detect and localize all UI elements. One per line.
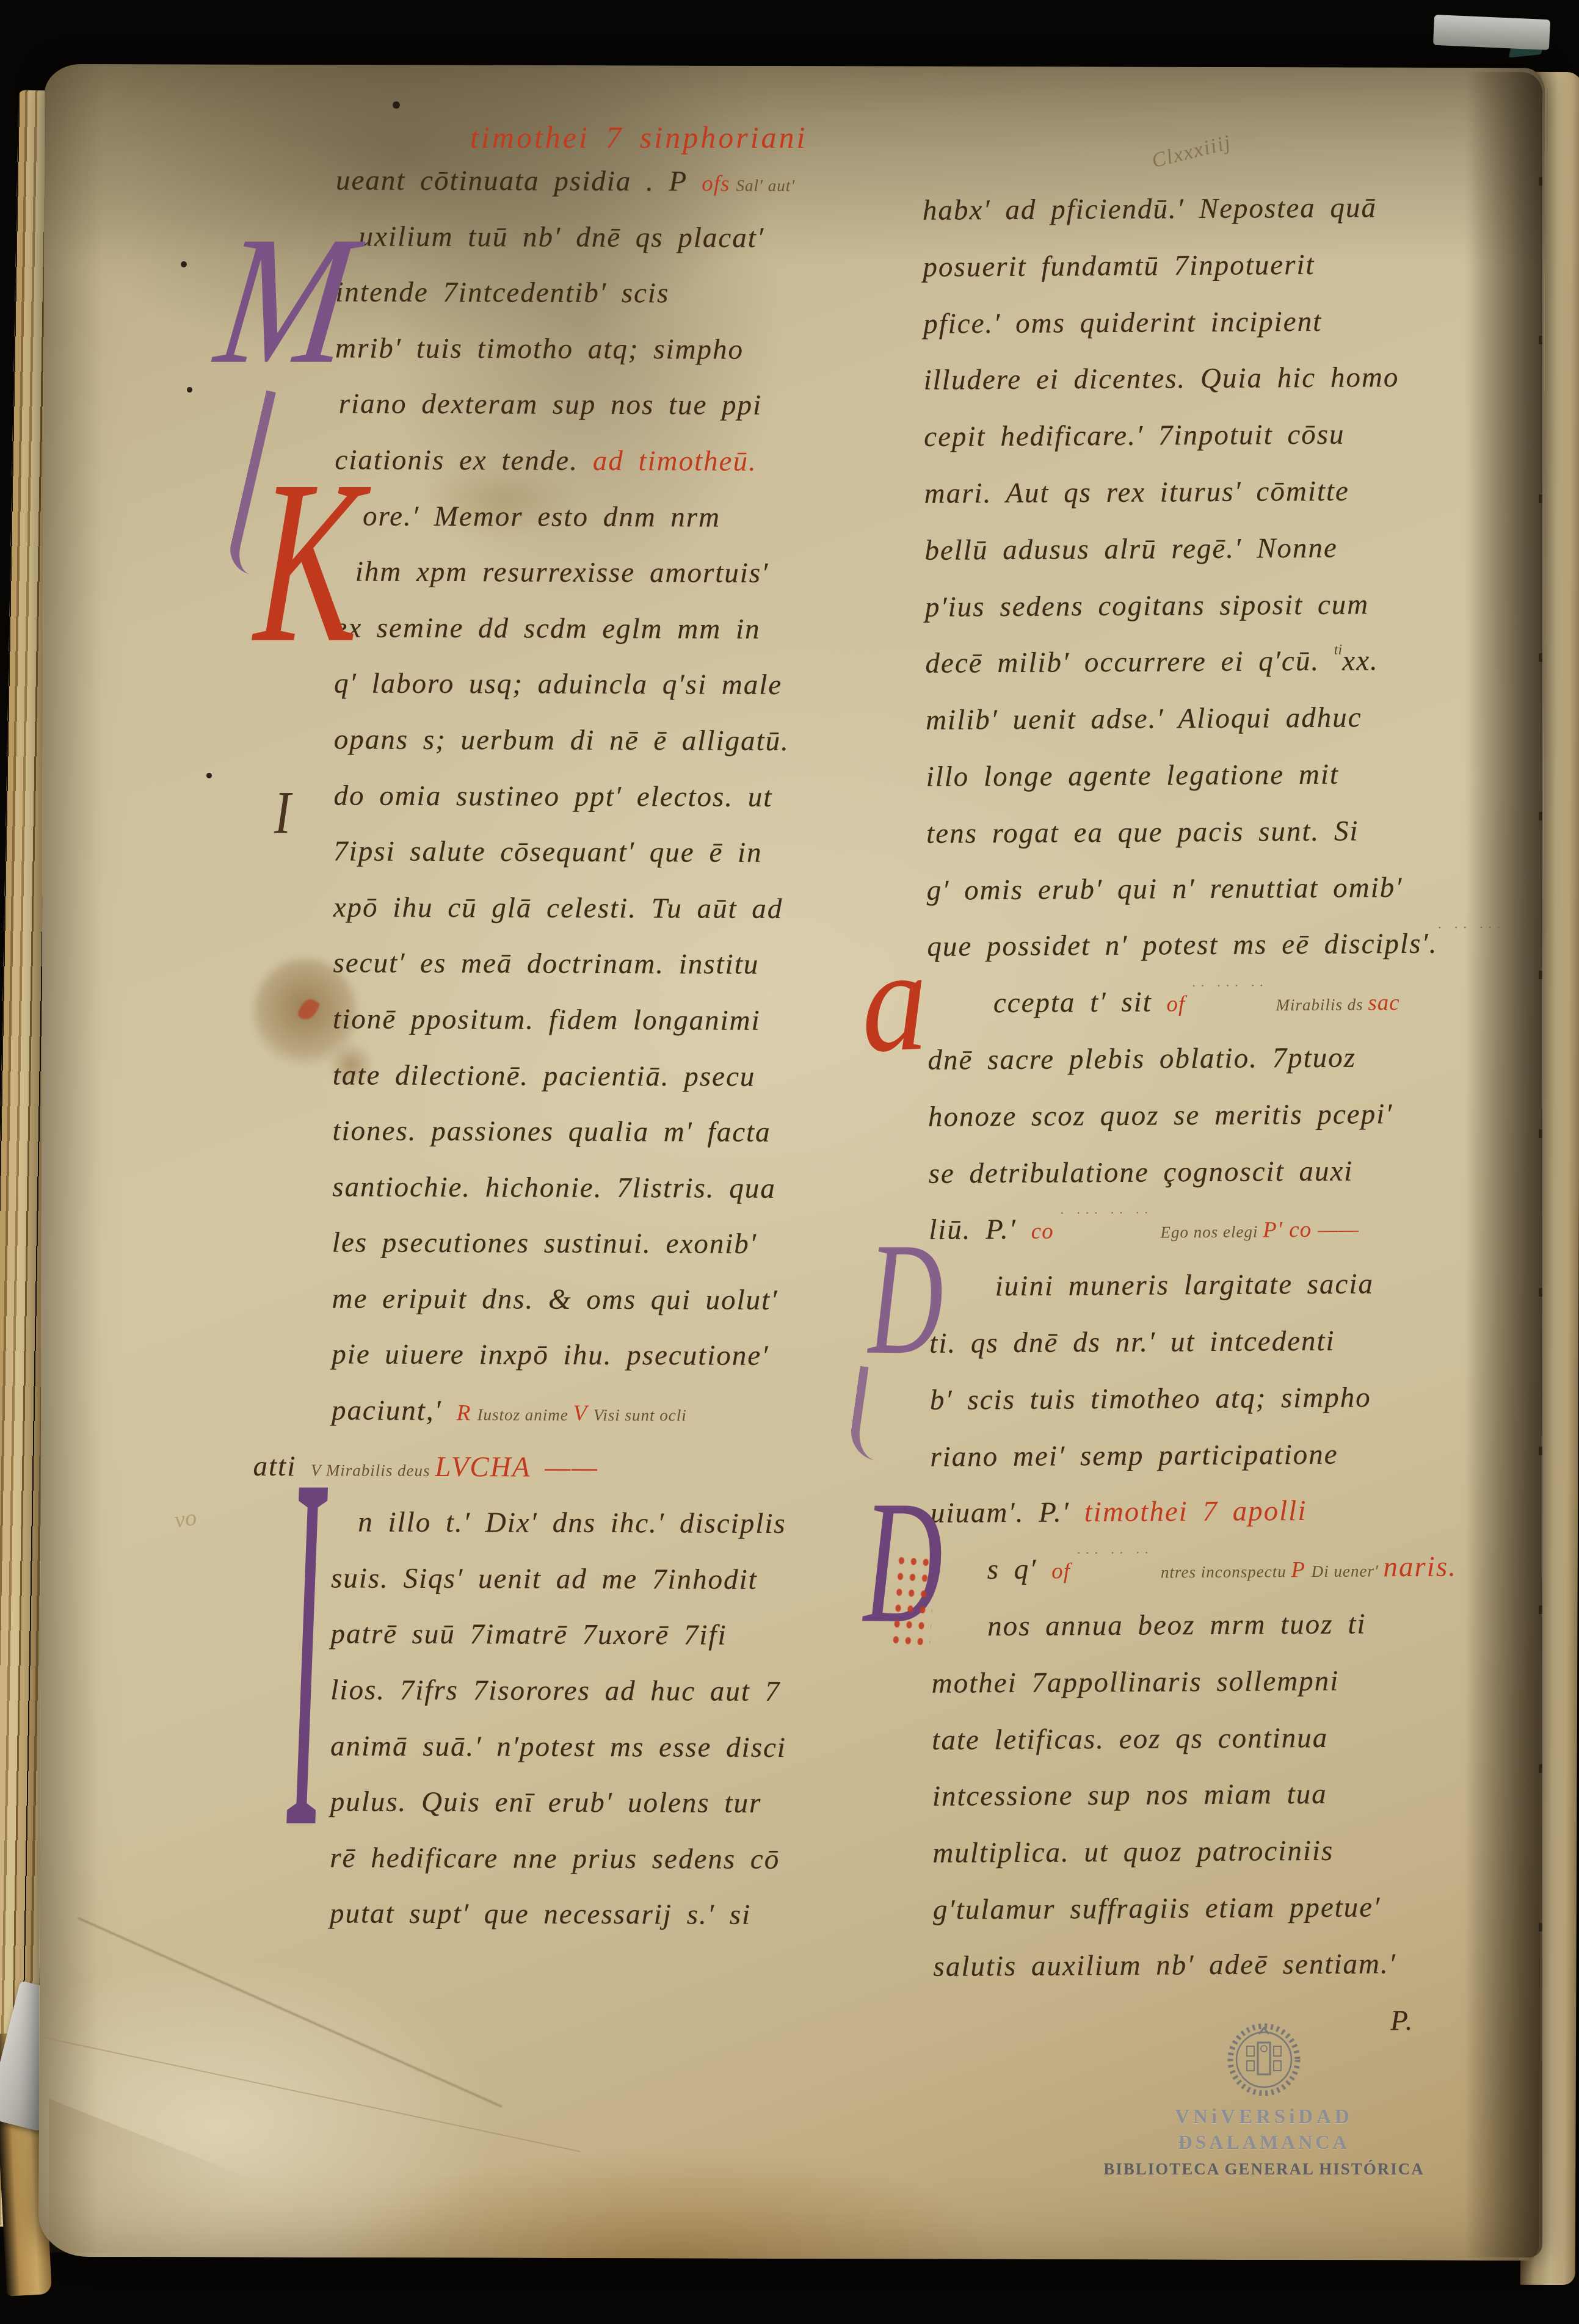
illuminated-initial-K: K (253, 469, 365, 656)
text-line: secut′ es meā doctrinam. institu (333, 936, 882, 994)
text-segment: mrib′ tuis timotho atq; simpho (335, 332, 744, 365)
text-segment: illo longe agente legatione mit (926, 759, 1339, 793)
text-line: pfice.′ oms quiderint incipient (923, 292, 1486, 352)
text-column-left: ueant cōtinuata psidia . P ofs Sal′ aut′… (330, 153, 885, 1944)
text-line: multiplica. ut quoz patrociniis (932, 1822, 1495, 1881)
text-segment: s q′ (987, 1554, 1051, 1586)
text-segment: liū. P.′ (929, 1214, 1031, 1246)
text-line: suis. Siqs′ uenit ad me 7inhodit (331, 1551, 880, 1609)
text-segment: multiplica. ut quoz patrociniis (932, 1835, 1334, 1869)
text-line: honoze scoz quoz se meritis pcepi′ (928, 1085, 1490, 1145)
text-line: uiuam′. P.′ timothei 7 apolli (931, 1482, 1493, 1542)
gloss-segment: V Mirabilis deus (311, 1461, 435, 1480)
watermark-library-name: BIBLIOTECA GENERAL HISTÓRICA (1069, 2160, 1459, 2179)
text-line: ex semine dd scdm eglm mm in (334, 600, 884, 658)
illuminated-initial-I: I (287, 1446, 324, 1856)
text-line: se detribulatione çognoscit auxi (928, 1142, 1490, 1202)
text-segment: ciationis ex tende. (335, 444, 593, 476)
text-segment: milib′ uenit adse.′ Alioqui adhuc (926, 702, 1362, 736)
text-segment: iuini muneris largitate sacia (995, 1268, 1374, 1302)
text-line: do omia sustineo ppt′ electos. ut (333, 768, 883, 826)
text-line: lios. 7ifrs 7isorores ad huc aut 7 (330, 1662, 880, 1720)
text-line: uxilium tuū nb′ dnē qs placat′ (358, 209, 885, 267)
neume-marks: · ·· ··· (1437, 919, 1505, 935)
rubric-segment: of (1051, 1558, 1076, 1584)
neume-marks: ·· ··· ·· (1191, 977, 1276, 993)
text-line: b′ scis tuis timotheo atq; simpho (930, 1369, 1492, 1428)
text-segment: opans s; uerbum di nē ē alligatū. (334, 723, 790, 757)
text-line: dnē sacre plebis oblatio. 7ptuoz (927, 1029, 1490, 1088)
text-line: ihm xpm resurrexisse amortuis′ (355, 545, 884, 603)
text-segment: habx′ ad pficiendū.′ Nepostea quā (923, 192, 1377, 226)
text-segment: salutis auxilium nb′ adeē sentiam.′ (933, 1948, 1396, 1983)
text-line: cepit hedificare.′ 7inpotuit cōsu (924, 405, 1486, 465)
university-seal-icon (1226, 2022, 1302, 2098)
text-line: q′ laboro usq; aduincla q′si male (334, 656, 884, 714)
text-line: intende 7intcedentib′ scis (335, 265, 885, 323)
text-segment: patrē suū 7imatrē 7uxorē 7ifi (331, 1618, 727, 1651)
text-line: 7ipsi salute cōsequant′ que ē in (333, 824, 883, 882)
text-segment: q′ laboro usq; aduincla q′si male (334, 668, 782, 701)
text-segment: animā suā.′ n′potest ms esse disci (330, 1730, 786, 1764)
text-line: g′ omis erub′ qui n′ renuttiat omib′ (926, 859, 1489, 919)
text-line: ueant cōtinuata psidia . P ofs Sal′ aut′ (336, 153, 885, 211)
text-segment: ihm xpm resurrexisse amortuis′ (355, 556, 769, 589)
text-segment: paciunt,′ (332, 1394, 457, 1427)
rubric-segment: ad timotheū. (593, 445, 757, 477)
text-segment: g′tulamur suffragiis etiam ppetue′ (933, 1891, 1381, 1925)
rubric-segment: timothei 7 apolli (1084, 1495, 1307, 1528)
rubric-segment: naris. (1383, 1551, 1457, 1584)
text-line: santiochie. hichonie. 7listris. qua (332, 1159, 882, 1217)
text-line: mrib′ tuis timotho atq; simpho (335, 320, 885, 378)
rubric-segment: LVCHA —— (435, 1451, 598, 1483)
watermark-university-name-2: ÐSALAMANCA (1069, 2131, 1459, 2154)
text-line: decē milib′ occurrere ei q′cū. tixx. (925, 632, 1487, 692)
illuminated-initial-D: D (868, 1234, 943, 1363)
gloss-segment: Mirabilis ds (1276, 996, 1368, 1015)
text-line: tate dilectionē. pacientiā. psecu (333, 1048, 882, 1106)
text-segment: putat supt′ que necessarij s.′ si (330, 1898, 751, 1931)
text-segment: g′ omis erub′ qui n′ renuttiat omib′ (927, 872, 1403, 907)
text-segment: posuerit fundamtū 7inpotuerit (923, 249, 1315, 283)
text-line: mothei 7appollinaris sollempni (931, 1652, 1494, 1712)
prick-mark (187, 387, 192, 393)
text-line: p′ius sedens cogitans siposit cum (925, 576, 1487, 635)
text-line: iuini muneris largitate sacia (995, 1255, 1491, 1315)
rubric-segment: P (1291, 1557, 1311, 1582)
rubric-segment: V (573, 1401, 593, 1426)
text-segment: intende 7intcedentib′ scis (335, 277, 669, 310)
photograph-backdrop: { "colors":{"parchment":"#cdbf9b","ink":… (0, 0, 1579, 2324)
text-line: salutis auxilium nb′ adeē sentiam.′ (933, 1935, 1495, 1995)
text-line: pie uiuere inxpō ihu. psecutione′ (332, 1327, 881, 1385)
rubric-segment: R (457, 1400, 477, 1425)
superscript-segment: ti (1334, 642, 1343, 658)
text-segment: tate dilectionē. pacientiā. psecu (333, 1059, 756, 1092)
text-segment: xx. (1342, 645, 1379, 677)
text-segment: tiones. passiones qualia m′ facta (332, 1115, 771, 1149)
neume-marks: ··· ·· ·· (1076, 1545, 1161, 1561)
text-segment: tionē ppositum. fidem longanimi (333, 1003, 761, 1036)
text-segment: ti. qs dnē ds nr.′ ut intcedenti (929, 1325, 1335, 1359)
text-line: rē hedificare nne prius sedens cō (330, 1830, 879, 1888)
text-segment: mothei 7appollinaris sollempni (932, 1665, 1340, 1699)
text-segment: ore.′ Memor esto dnm nrm (363, 500, 721, 533)
text-line: ccepta t′ sit of ·· ··· ·· Mirabilis ds … (993, 972, 1490, 1032)
marginal-initial-I: I (274, 789, 291, 837)
text-segment: b′ scis tuis timotheo atq; simpho (930, 1381, 1371, 1416)
text-segment: bellū adusus alrū regē.′ Nonne (924, 532, 1338, 566)
gloss-segment: Sal′ aut′ (736, 176, 796, 195)
text-line: ore.′ Memor esto dnm nrm (363, 488, 884, 546)
text-segment: xpō ihu cū glā celesti. Tu aūt ad (333, 891, 783, 925)
gloss-segment: ntres inconspectu (1161, 1562, 1291, 1581)
text-line: posuerit fundamtū 7inpotuerit (923, 236, 1485, 295)
margin-note: vo (173, 1504, 198, 1534)
illuminated-initial-M: M (211, 227, 361, 374)
text-segment: n illo t.′ Dix′ dns ihc.′ disciplis (358, 1507, 786, 1540)
text-line: patrē suū 7imatrē 7uxorē 7ifi (330, 1607, 880, 1665)
text-segment: tens rogat ea que pacis sunt. Si (926, 815, 1359, 849)
text-line: tens rogat ea que pacis sunt. Si (926, 802, 1489, 862)
text-column-right: habx′ ad pficiendū.′ Nepostea quāposueri… (923, 179, 1496, 2052)
text-line: riano dexteram sup nos tue ppi (339, 377, 885, 435)
text-segment: se detribulatione çognoscit auxi (928, 1155, 1353, 1189)
text-segment: pulus. Quis enī erub′ uolens tur (330, 1786, 762, 1819)
text-line: paciunt,′ R Iustoz anime V Visi sunt ocl… (332, 1383, 881, 1441)
rubric-segment: ofs (702, 172, 736, 197)
text-line: riano mei′ semp participatione (930, 1425, 1492, 1485)
text-line: me eripuit dns. & oms qui uolut′ (332, 1271, 881, 1329)
text-segment: riano mei′ semp participatione (930, 1438, 1338, 1472)
feast-rubric: timothei 7 sinphoriani (470, 120, 807, 155)
rubric-segment: P′ co —— (1263, 1217, 1359, 1243)
binding-stitches (1539, 177, 1542, 2014)
text-line: que possidet n′ potest ms eē discipls′.·… (927, 916, 1489, 976)
text-line: intcessione sup nos miam tua (932, 1765, 1495, 1825)
prick-mark (206, 773, 212, 778)
text-segment: rē hedificare nne prius sedens cō (330, 1842, 780, 1875)
text-segment: pfice.′ oms quiderint incipient (923, 305, 1322, 339)
text-line: putat supt′ que necessarij s.′ si (330, 1886, 879, 1944)
gray-leaf-edge (1433, 15, 1550, 50)
text-line: habx′ ad pficiendū.′ Nepostea quā (923, 179, 1485, 239)
text-segment: tate letificas. eoz qs continua (932, 1721, 1328, 1756)
illuminated-initial-A: a (860, 941, 929, 1061)
text-segment: uxilium tuū nb′ dnē qs placat′ (359, 220, 765, 253)
text-segment: secut′ es meā doctrinam. institu (333, 947, 759, 980)
library-watermark: VNiVERSiDAD ÐSALAMANCA BIBLIOTECA GENERA… (1069, 2022, 1459, 2179)
text-line: illudere ei dicentes. Quia hic homo (923, 349, 1486, 409)
text-segment: ccepta t′ sit (993, 986, 1167, 1019)
rubric-segment: of (1166, 991, 1191, 1016)
text-segment: ueant cōtinuata psidia . P (336, 164, 702, 197)
watermark-university-name: VNiVERSiDAD (1069, 2106, 1459, 2129)
text-segment: les psecutiones sustinui. exonib′ (332, 1227, 757, 1260)
text-segment: riano dexteram sup nos tue ppi (339, 388, 763, 421)
text-segment: santiochie. hichonie. 7listris. qua (332, 1171, 776, 1204)
text-line: animā suā.′ n′potest ms esse disci (330, 1718, 880, 1776)
text-segment: dnē sacre plebis oblatio. 7ptuoz (927, 1041, 1356, 1076)
text-segment: honoze scoz quoz se meritis pcepi′ (928, 1098, 1393, 1133)
gloss-segment: Iustoz anime (477, 1405, 573, 1424)
gloss-segment: Visi sunt ocli (593, 1406, 687, 1425)
text-segment: mari. Aut qs rex iturus′ cōmitte (924, 476, 1349, 510)
text-line: milib′ uenit adse.′ Alioqui adhuc (926, 689, 1488, 748)
text-segment: decē milib′ occurrere ei q′cū. (925, 645, 1334, 679)
prick-mark (181, 261, 187, 267)
text-line: liū. P.′ co · ··· ·· ·· Ego nos elegi P′… (929, 1199, 1491, 1259)
text-segment: ex semine dd scdm eglm mm in (334, 612, 760, 645)
text-line: tate letificas. eoz qs continua (932, 1709, 1494, 1768)
text-segment: do omia sustineo ppt′ electos. ut (333, 780, 772, 813)
text-line: xpō ihu cū glā celesti. Tu aūt ad (333, 880, 883, 938)
text-line: mari. Aut qs rex iturus′ cōmitte (924, 462, 1486, 522)
rubric-segment: co (1031, 1219, 1060, 1244)
gloss-segment: Di uener′ (1312, 1562, 1384, 1580)
text-segment: nos annua beoz mrm tuoz ti (987, 1608, 1367, 1642)
text-line: atti V Mirabilis deus LVCHA —— (253, 1439, 880, 1497)
text-line: bellū adusus alrū regē.′ Nonne (924, 519, 1487, 579)
text-segment: uiuam′. P.′ (931, 1497, 1084, 1530)
text-line: tionē ppositum. fidem longanimi (333, 991, 882, 1049)
text-segment: que possidet n′ potest ms eē discipls′. (927, 928, 1437, 963)
text-segment: illudere ei dicentes. Quia hic homo (923, 361, 1399, 396)
text-segment: 7ipsi salute cōsequant′ que ē in (333, 836, 763, 869)
text-line: les psecutiones sustinui. exonib′ (332, 1215, 882, 1273)
text-segment: suis. Siqs′ uenit ad me 7inhodit (331, 1562, 758, 1595)
text-line: illo longe agente legatione mit (926, 745, 1488, 805)
text-line: tiones. passiones qualia m′ facta (332, 1104, 882, 1162)
text-line: pulus. Quis enī erub′ uolens tur (330, 1775, 880, 1833)
text-segment: lios. 7ifrs 7isorores ad huc aut 7 (330, 1674, 780, 1707)
gloss-segment: Ego nos elegi (1160, 1223, 1263, 1242)
text-line: opans s; uerbum di nē ē alligatū. (334, 712, 884, 770)
initial-decoration-dots (890, 1552, 936, 1646)
rubric-segment: sac (1368, 990, 1400, 1015)
text-line: n illo t.′ Dix′ dns ihc.′ disciplis (358, 1495, 880, 1553)
text-line: ciationis ex tende. ad timotheū. (335, 432, 884, 490)
text-segment: me eripuit dns. & oms qui uolut′ (332, 1283, 778, 1316)
text-line: s q′ of ··· ·· ·· ntres inconspectu P Di… (987, 1538, 1493, 1598)
neume-marks: · ··· ·· ·· (1060, 1205, 1161, 1221)
text-segment: cepit hedificare.′ 7inpotuit cōsu (924, 419, 1345, 453)
text-segment: p′ius sedens cogitans siposit cum (925, 588, 1370, 623)
text-segment: intcessione sup nos miam tua (932, 1778, 1327, 1812)
text-line: nos annua beoz mrm tuoz ti (987, 1595, 1494, 1655)
ink-dot (393, 101, 400, 109)
text-line: g′tulamur suffragiis etiam ppetue′ (933, 1878, 1495, 1938)
text-line: ti. qs dnē ds nr.′ ut intcedenti (929, 1312, 1492, 1372)
text-segment: pie uiuere inxpō ihu. psecutione′ (332, 1339, 769, 1372)
